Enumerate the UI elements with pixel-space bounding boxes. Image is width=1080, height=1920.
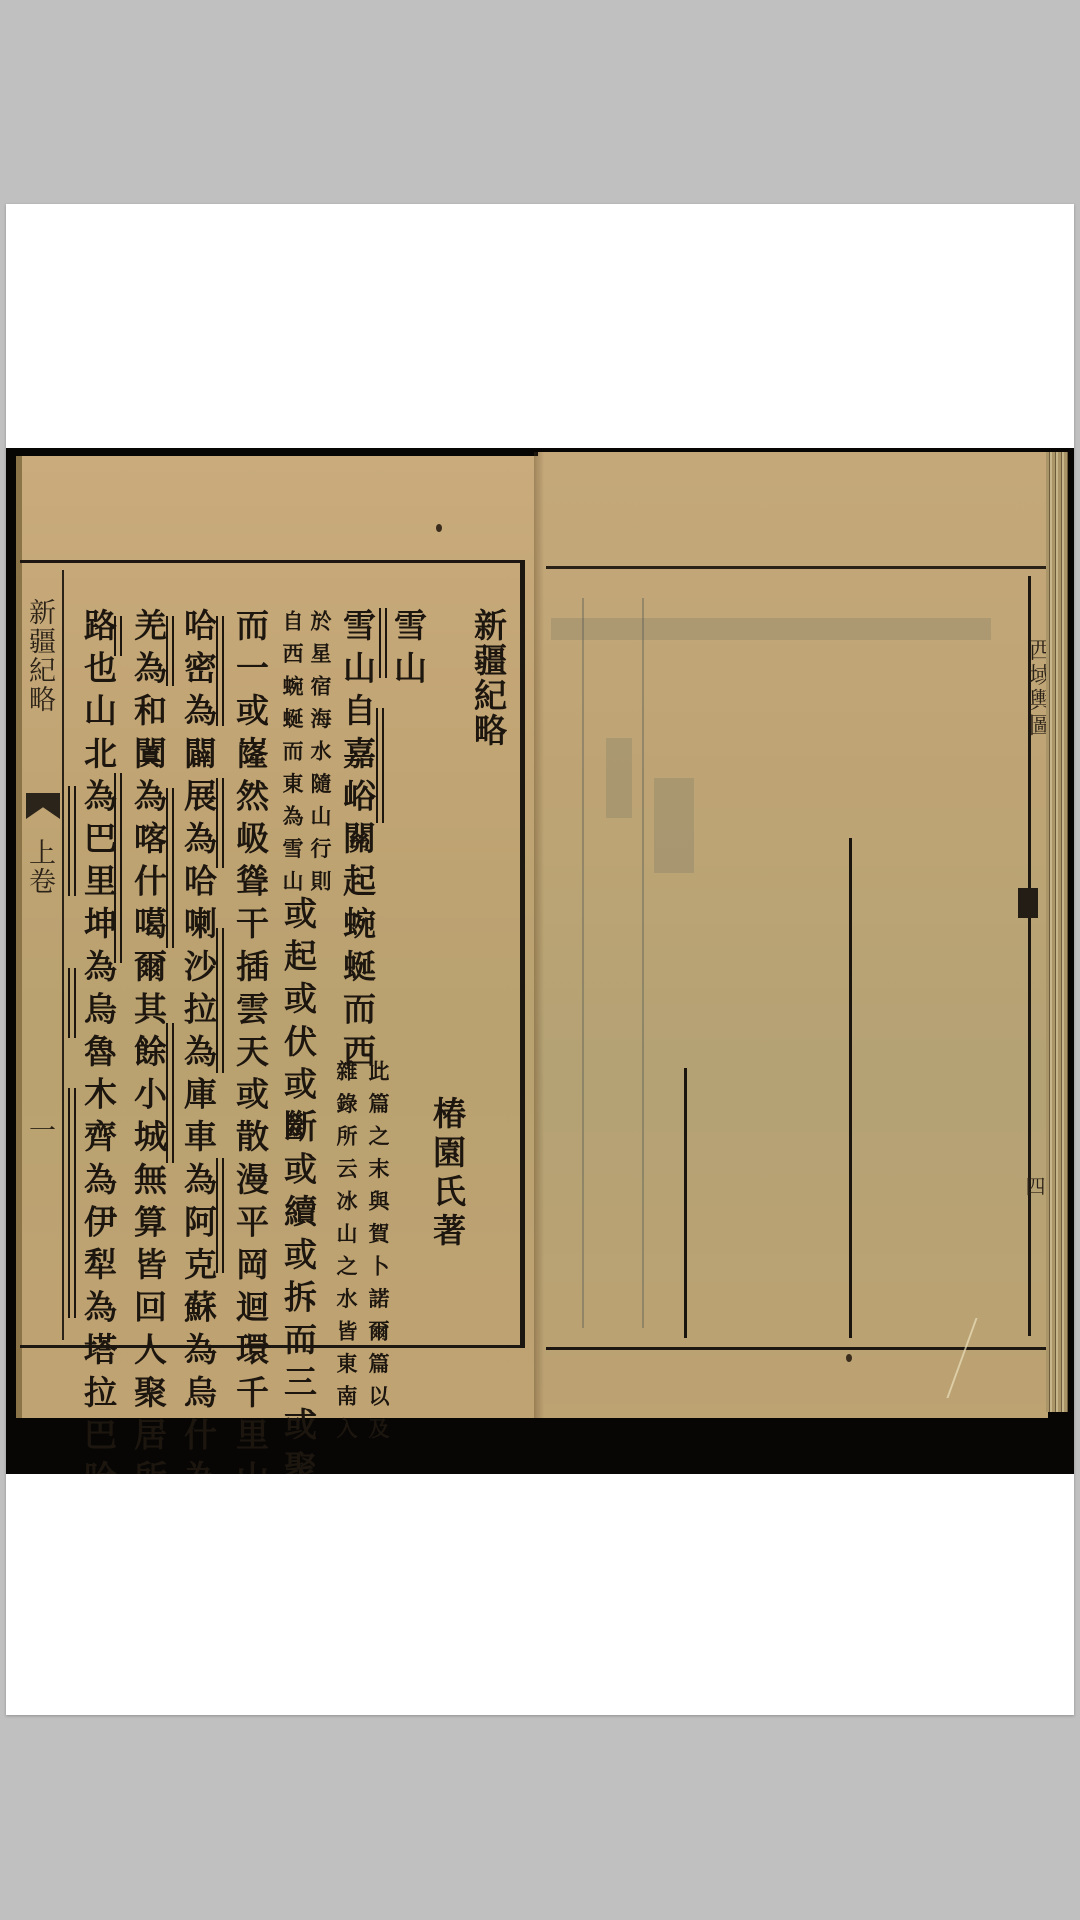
text-column-3: 而一或嶐然岋聳干插雲天或散漫平岡迴環千里山南為 bbox=[234, 608, 267, 1474]
text-column-4: 哈密為闢展為哈喇沙拉為庫車為阿克蘇為烏什為葉爾 bbox=[182, 608, 215, 1474]
column-rule bbox=[684, 1068, 687, 1338]
name-mark bbox=[68, 968, 76, 1038]
fold-book-title: 新疆紀略 bbox=[26, 598, 53, 714]
name-mark bbox=[68, 1088, 76, 1318]
faint-column-rule bbox=[642, 598, 644, 1328]
ink-spot bbox=[846, 1354, 852, 1362]
page-edges bbox=[1046, 452, 1068, 1412]
fish-tail-mark bbox=[1018, 888, 1038, 918]
book-scan-image: 新疆紀略 上卷 一 新疆紀略 雪山 椿園氏著 雪山自嘉峪關起蜿蜒而西 此篇之末與… bbox=[6, 448, 1074, 1474]
text-column-1: 雪山自嘉峪關起蜿蜒而西 bbox=[341, 608, 374, 1077]
note-column-1: 此篇之末與賀卜諾爾篇以及 bbox=[368, 1060, 389, 1450]
note-column-3: 於星宿海水隨山行則 bbox=[310, 610, 331, 903]
text-column-6: 路也山北為巴里坤為烏魯木齊為伊犁為塔拉巴哈臺其 bbox=[82, 608, 115, 1474]
bleed-through-ink bbox=[654, 778, 694, 873]
bleed-through-ink bbox=[606, 738, 632, 818]
section-heading: 雪山 bbox=[392, 608, 425, 693]
bleed-through-ink bbox=[551, 618, 991, 640]
text-column-5: 羌為和闐為喀什噶爾其餘小城無算皆回人聚居所謂南 bbox=[132, 608, 165, 1474]
note-column-2: 雜錄所云冰山之水皆東南入 bbox=[336, 1060, 357, 1450]
text-column-2: 或起或伏或斷或續或拆而三或聚 bbox=[282, 896, 315, 1474]
document-page: 新疆紀略 上卷 一 新疆紀略 雪山 椿園氏著 雪山自嘉峪關起蜿蜒而西 此篇之末與… bbox=[6, 204, 1074, 1715]
name-mark bbox=[379, 608, 387, 678]
name-mark bbox=[376, 708, 384, 823]
book-title: 新疆紀略 bbox=[472, 608, 505, 748]
ink-spot bbox=[436, 524, 442, 532]
name-mark bbox=[68, 786, 76, 896]
right-fold-page-number: 四 bbox=[1024, 1176, 1044, 1198]
left-fold-rule bbox=[62, 570, 64, 1340]
note-column-4: 自西蜿蜒而東為雪山 bbox=[282, 610, 303, 903]
right-page-border bbox=[546, 566, 1046, 1350]
fold-volume: 上卷 bbox=[26, 838, 53, 896]
spine-shadow bbox=[534, 452, 544, 1418]
column-rule bbox=[849, 838, 852, 1338]
faint-column-rule bbox=[582, 598, 584, 1328]
author: 椿園氏著 bbox=[431, 1096, 464, 1252]
fold-page-number: 一 bbox=[26, 1116, 53, 1145]
